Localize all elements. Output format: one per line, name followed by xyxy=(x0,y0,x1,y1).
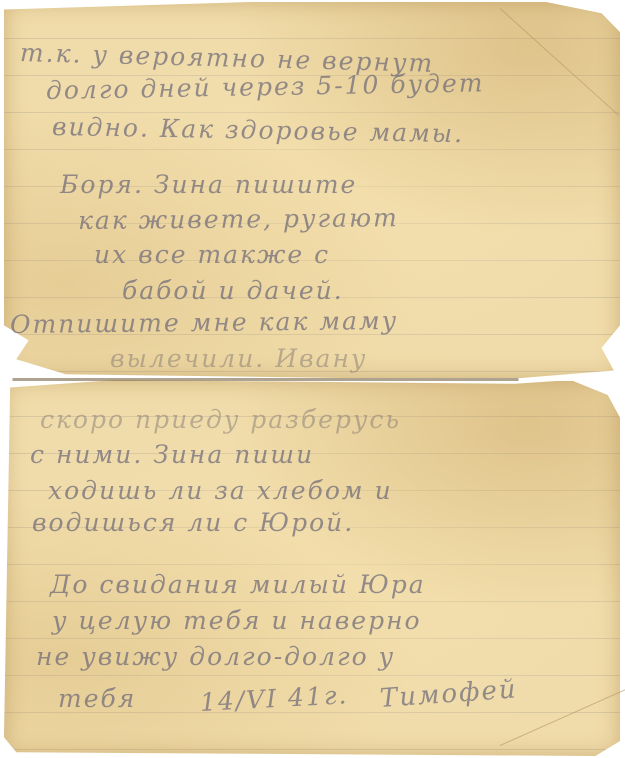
text-line: как живете, ругают xyxy=(78,203,399,235)
text-line: долго дней через 5-10 будет xyxy=(46,68,485,105)
text-line: их все также с xyxy=(94,240,330,269)
handwritten-text: т.к. у вероятно не вернут долго дней чер… xyxy=(0,0,625,758)
text-line: водишься ли с Юрой. xyxy=(32,508,354,537)
text-line: вылечили. Ивану xyxy=(110,344,367,373)
text-line: с ними. Зина пиши xyxy=(30,440,314,469)
text-line: До свидания милый Юра xyxy=(50,570,426,599)
text-line: не увижу долго-долго у xyxy=(36,642,395,671)
text-line: ходишь ли за хлебом и xyxy=(48,476,393,505)
text-line: Отпишите мне как маму xyxy=(10,306,398,339)
text-line: видно. Как здоровье мамы. xyxy=(52,112,465,148)
text-line: тебя xyxy=(58,684,136,713)
text-line: у целую тебя и наверно xyxy=(52,606,422,635)
text-line: скоро приеду разберусь xyxy=(40,405,401,434)
signature: Тимофей xyxy=(379,674,519,714)
text-line: Боря. Зина пишите xyxy=(60,170,357,199)
letter-date: 14/VI 41г. xyxy=(199,680,349,717)
text-line: бабой и дачей. xyxy=(122,276,344,305)
